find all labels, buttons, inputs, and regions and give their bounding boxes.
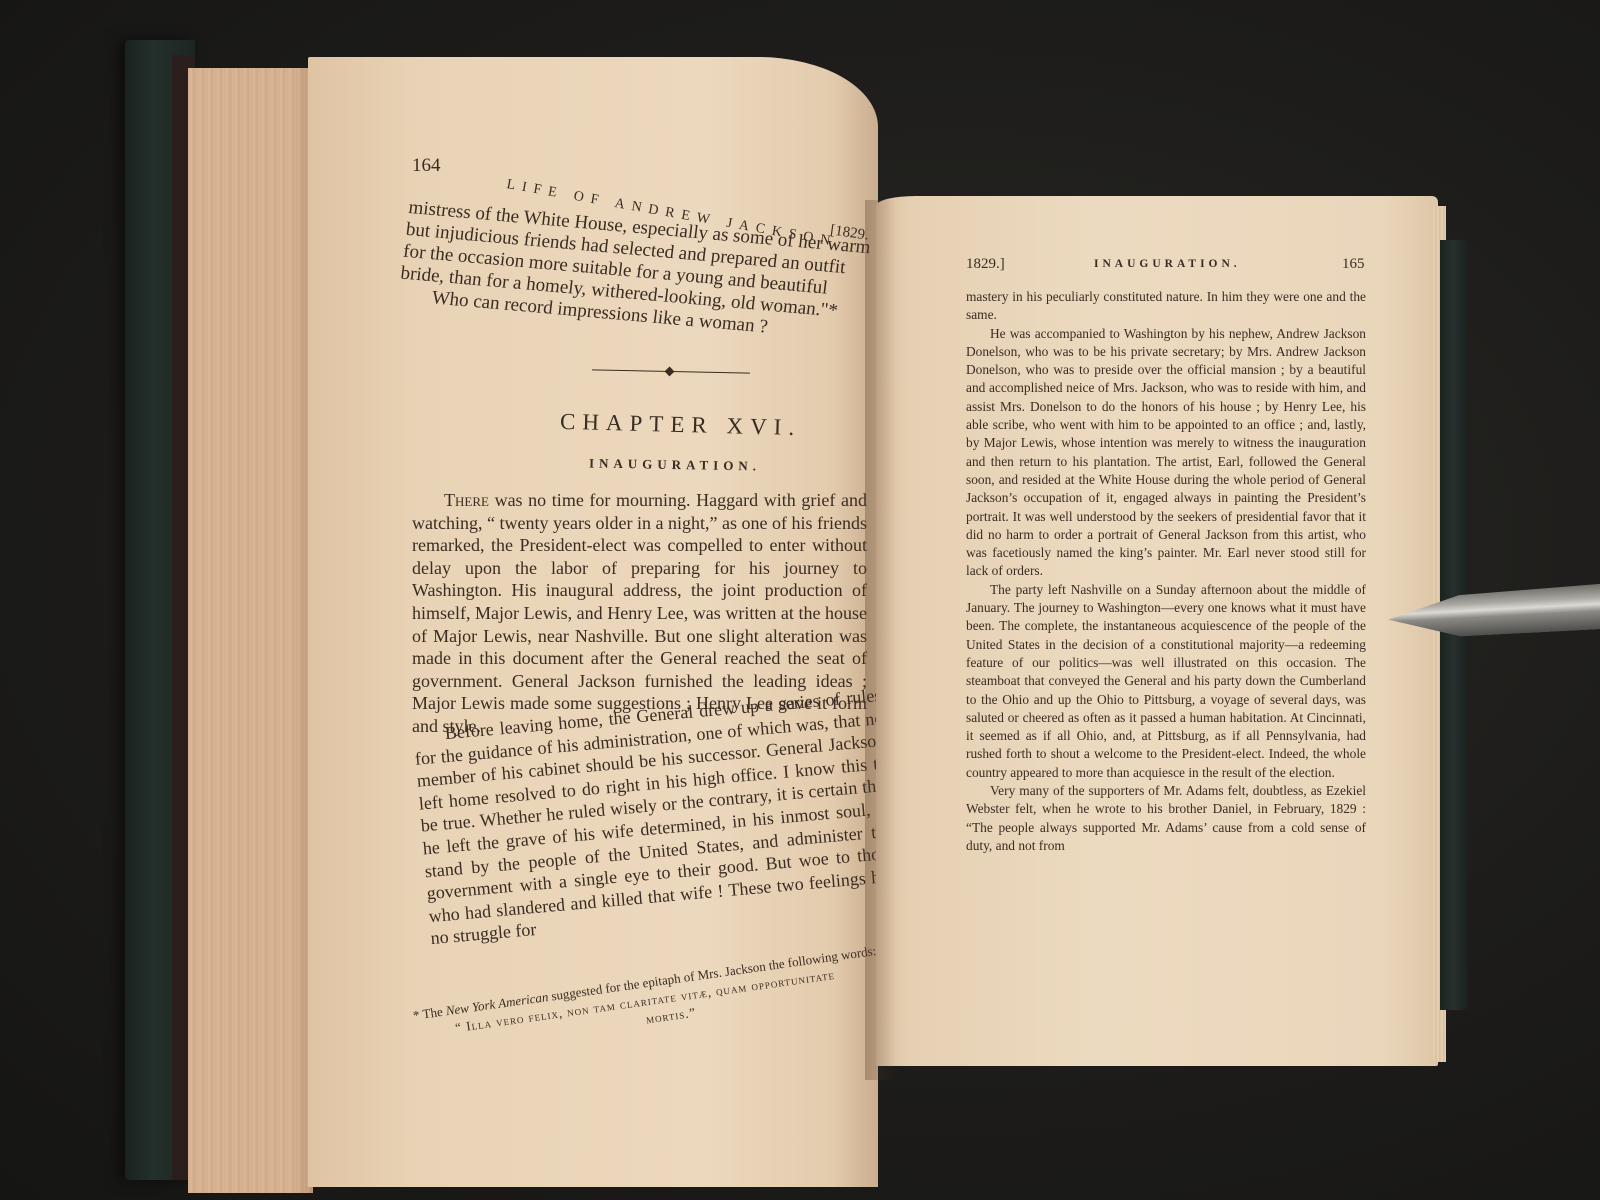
paragraph: He was accompanied to Washington by his … xyxy=(966,325,1366,581)
diamond-icon xyxy=(665,367,675,377)
page-block-edge xyxy=(188,68,313,1193)
book-photo: 164 LIFE OF ANDREW JACKSON. [1829. mistr… xyxy=(0,0,1600,1200)
page-number-left: 164 xyxy=(412,155,441,177)
paragraph: mastery in his peculiarly constituted na… xyxy=(966,288,1366,325)
left-page: 164 LIFE OF ANDREW JACKSON. [1829. mistr… xyxy=(308,57,878,1187)
gutter-shadow xyxy=(865,200,895,1080)
chapter-title: CHAPTER XVI. xyxy=(560,409,802,441)
carryover-text: mistress of the White House, especially … xyxy=(397,197,878,347)
chapter-paragraph-2: Before leaving home, the General drew up… xyxy=(412,684,878,950)
chapter-subtitle: INAUGURATION. xyxy=(589,456,761,475)
right-page: 1829.] INAUGURATION. 165 mastery in his … xyxy=(876,196,1438,1066)
paragraph: The party left Nashville on a Sunday aft… xyxy=(966,581,1366,782)
page-number-right: 165 xyxy=(1342,256,1365,273)
paragraph: Very many of the supporters of Mr. Adams… xyxy=(966,782,1366,855)
drop-lead: There xyxy=(444,490,489,510)
section-divider-ornament xyxy=(592,367,750,376)
footnote: * The New York American suggested for th… xyxy=(412,942,878,1061)
right-page-body: mastery in his peculiarly constituted na… xyxy=(966,288,1366,855)
running-year-right: 1829.] xyxy=(966,256,1005,273)
running-title-right: INAUGURATION. xyxy=(1094,258,1241,270)
